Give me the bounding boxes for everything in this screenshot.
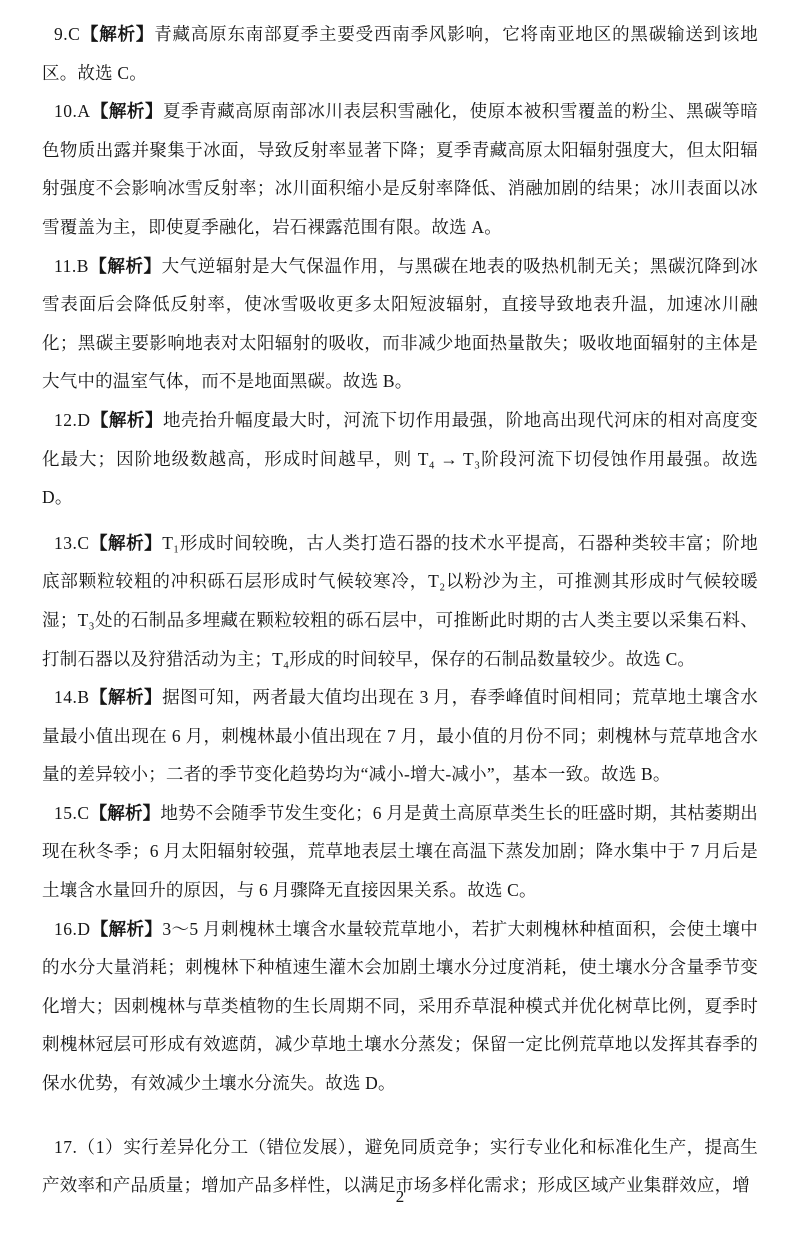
answer-text: T₁形成时间较晚，古人类打造石器的技术水平提高，石器种类较丰富；阶地底部颗粒较粗… xyxy=(42,533,758,669)
answer-item-10: 10.A【解析】夏季青藏高原南部冰川表层积雪融化，使原本被积雪覆盖的粉尘、黑碳等… xyxy=(42,92,758,246)
answer-item-11: 11.B【解析】大气逆辐射是大气保温作用，与黑碳在地表的吸热机制无关；黑碳沉降到… xyxy=(42,247,758,401)
answer-number: 15.C xyxy=(54,803,90,823)
analysis-label: 【解析】 xyxy=(80,24,154,44)
answer-number: 17.（1） xyxy=(54,1137,123,1157)
analysis-label: 【解析】 xyxy=(91,919,163,939)
answer-item-15: 15.C【解析】地势不会随季节发生变化；6 月是黄土高原草类生长的旺盛时期，其枯… xyxy=(42,794,758,910)
page-number: 2 xyxy=(396,1187,405,1206)
answer-text: 夏季青藏高原南部冰川表层积雪融化，使原本被积雪覆盖的粉尘、黑碳等暗色物质出露并聚… xyxy=(42,101,758,237)
answer-item-14: 14.B【解析】据图可知，两者最大值均出现在 3 月，春季峰值时间相同；荒草地土… xyxy=(42,678,758,794)
analysis-label: 【解析】 xyxy=(91,101,164,121)
page-footer: 2 xyxy=(0,1186,800,1208)
answer-text: 3～5 月刺槐林土壤含水量较荒草地小，若扩大刺槐林种植面积，会使土壤中的水分大量… xyxy=(42,919,758,1093)
answer-number: 14.B xyxy=(54,687,90,707)
answer-item-9: 9.C【解析】青藏高原东南部夏季主要受西南季风影响，它将南亚地区的黑碳输送到该地… xyxy=(42,15,758,92)
analysis-label: 【解析】 xyxy=(90,687,163,707)
answer-explanations-page: 9.C【解析】青藏高原东南部夏季主要受西南季风影响，它将南亚地区的黑碳输送到该地… xyxy=(42,15,758,1205)
answer-number: 10.A xyxy=(54,101,91,121)
answer-item-12: 12.D【解析】地壳抬升幅度最大时，河流下切作用最强，阶地高出现代河床的相对高度… xyxy=(42,401,758,517)
answer-number: 11.B xyxy=(54,256,89,276)
answer-item-16: 16.D【解析】3～5 月刺槐林土壤含水量较荒草地小，若扩大刺槐林种植面积，会使… xyxy=(42,910,758,1103)
analysis-label: 【解析】 xyxy=(90,533,163,553)
answer-number: 12.D xyxy=(54,410,91,430)
answer-number: 9.C xyxy=(54,24,80,44)
answer-number: 16.D xyxy=(54,919,91,939)
answer-item-13: 13.C【解析】T₁形成时间较晚，古人类打造石器的技术水平提高，石器种类较丰富；… xyxy=(42,524,758,678)
analysis-label: 【解析】 xyxy=(89,256,162,276)
analysis-label: 【解析】 xyxy=(90,803,161,823)
answer-number: 13.C xyxy=(54,533,90,553)
analysis-label: 【解析】 xyxy=(91,410,164,430)
